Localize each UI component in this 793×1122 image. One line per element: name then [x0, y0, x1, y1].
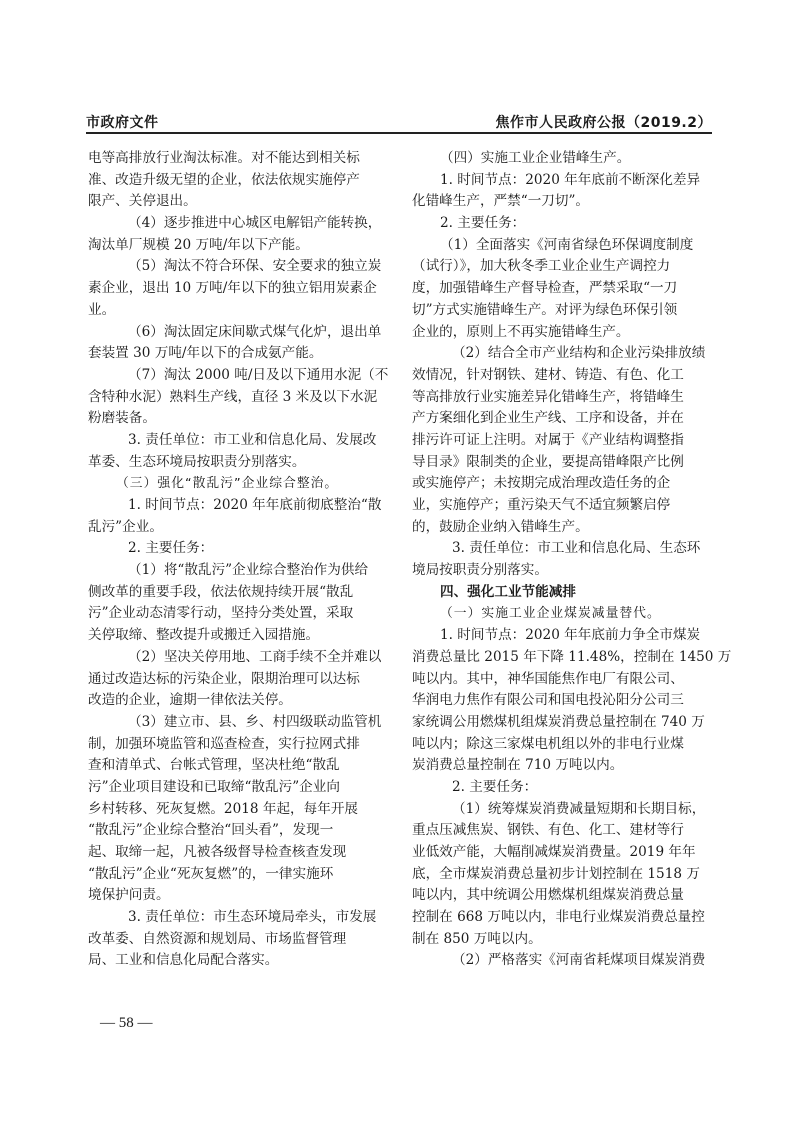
text-line: 1. 时间节点：2020 年年底前彻底整治“散	[88, 495, 394, 517]
right-column: （四）实施工业企业错峰生产。1. 时间节点：2020 年年底前不断深化差异化错峰…	[412, 148, 718, 972]
text-line: 业，实施停产；重污染天气不适宜频繁启停	[412, 495, 718, 517]
text-line: （1）将“散乱污”企业综合整治作为供给	[88, 560, 394, 582]
text-line: 吨以内，其中统调公用燃煤机组煤炭消费总量	[412, 885, 718, 907]
left-column: 电等高排放行业淘汰标准。对不能达到相关标准、改造升级无望的企业，依法依规实施停产…	[88, 148, 394, 972]
text-line: （6）淘汰固定床间歇式煤气化炉，退出单	[88, 322, 394, 344]
section-heading: 四、强化工业节能减排	[412, 582, 718, 604]
text-line: 2. 主要任务：	[412, 777, 718, 799]
text-line: 含特种水泥）熟料生产线，直径 3 米及以下水泥	[88, 387, 394, 409]
text-line: 境局按职责分别落实。	[412, 560, 718, 582]
text-line: （2）严格落实《河南省耗煤项目煤炭消费	[412, 950, 718, 972]
text-line: （2）结合全市产业结构和企业污染排放绩	[412, 343, 718, 365]
text-line: 业。	[88, 300, 394, 322]
text-line: 限产、关停退出。	[88, 191, 394, 213]
text-line: 度，加强错峰生产督导检查，严禁采取“一刀	[412, 278, 718, 300]
running-header: 市政府文件 焦作市人民政府公报（2019.2）	[86, 112, 712, 132]
text-line: 改造的企业，逾期一律依法关停。	[88, 690, 394, 712]
text-line: 改革委、自然资源和规划局、市场监督管理	[88, 929, 394, 951]
text-line: 业低效产能，大幅削减煤炭消费量。2019 年年	[412, 842, 718, 864]
text-line: 华润电力焦作有限公司和国电投沁阳分公司三	[412, 690, 718, 712]
text-line: 的，鼓励企业纳入错峰生产。	[412, 517, 718, 539]
text-line: 套装置 30 万吨/年以下的合成氨产能。	[88, 343, 394, 365]
text-line: 1. 时间节点：2020 年年底前力争全市煤炭	[412, 625, 718, 647]
text-line: 吨以内。其中，神华国能焦作电厂有限公司、	[412, 669, 718, 691]
text-line: 革委、生态环境局按职责分别落实。	[88, 452, 394, 474]
text-line: 底，全市煤炭消费总量初步计划控制在 1518 万	[412, 864, 718, 886]
text-line: 准、改造升级无望的企业，依法依规实施停产	[88, 170, 394, 192]
text-line: 污”企业动态清零行动，坚持分类处置，采取	[88, 603, 394, 625]
text-line: 排污许可证上注明。对属于《产业结构调整指	[412, 430, 718, 452]
text-line: （2）坚决关停用地、工商手续不全并难以	[88, 647, 394, 669]
text-line: （7）淘汰 2000 吨/日及以下通用水泥（不	[88, 365, 394, 387]
header-publication-title: 焦作市人民政府公报（2019.2）	[495, 112, 712, 132]
text-line: 消费总量比 2015 年下降 11.48%，控制在 1450 万	[412, 647, 718, 669]
text-line: （试行）》，加大秋冬季工业企业生产调控力	[412, 256, 718, 278]
text-line: 通过改造达标的污染企业，限期治理可以达标	[88, 669, 394, 691]
text-line: 家统调公用燃煤机组煤炭消费总量控制在 740 万	[412, 712, 718, 734]
text-line: 局、工业和信息化局配合落实。	[88, 950, 394, 972]
text-line: 吨以内；除这三家煤电机组以外的非电行业煤	[412, 734, 718, 756]
text-line: 境保护问责。	[88, 885, 394, 907]
text-line: “散乱污”企业“死灰复燃”的，一律实施环	[88, 864, 394, 886]
text-line: （1）统筹煤炭消费减量短期和长期目标，	[412, 799, 718, 821]
text-line: 淘汰单厂规模 20 万吨/年以下产能。	[88, 235, 394, 257]
text-line: 2. 主要任务：	[412, 213, 718, 235]
text-line: 3. 责任单位：市工业和信息化局、发展改	[88, 430, 394, 452]
text-line: 炭消费总量控制在 710 万吨以内。	[412, 755, 718, 777]
text-line: （三）强化“散乱污”企业综合整治。	[88, 473, 394, 495]
text-line: 3. 责任单位：市生态环境局牵头，市发展	[88, 907, 394, 929]
text-line: 导目录》限制类的企业，要提高错峰限产比例	[412, 452, 718, 474]
text-line: 等高排放行业实施差异化错峰生产，将错峰生	[412, 387, 718, 409]
text-line: 起、取缔一起，凡被各级督导检查核查发现	[88, 842, 394, 864]
text-line: （一）实施工业企业煤炭减量替代。	[412, 603, 718, 625]
text-line: 电等高排放行业淘汰标准。对不能达到相关标	[88, 148, 394, 170]
text-line: 侧改革的重要手段，依法依规持续开展“散乱	[88, 582, 394, 604]
text-line: 查和清单式、台帐式管理，坚决杜绝“散乱	[88, 755, 394, 777]
text-line: 产方案细化到企业生产线、工序和设备，并在	[412, 408, 718, 430]
text-line: 污”企业项目建设和已取缔“散乱污”企业向	[88, 777, 394, 799]
text-line: 2. 主要任务：	[88, 538, 394, 560]
text-line: 控制在 668 万吨以内，非电行业煤炭消费总量控	[412, 907, 718, 929]
text-line: （5）淘汰不符合环保、安全要求的独立炭	[88, 256, 394, 278]
text-line: 1. 时间节点：2020 年年底前不断深化差异	[412, 170, 718, 192]
text-line: 效情况，针对钢铁、建材、铸造、有色、化工	[412, 365, 718, 387]
text-line: 制在 850 万吨以内。	[412, 929, 718, 951]
page-number: — 58 —	[100, 1015, 153, 1032]
text-line: 关停取缔、整改提升或搬迁入园措施。	[88, 625, 394, 647]
text-line: 切”方式实施错峰生产。对评为绿色环保引领	[412, 300, 718, 322]
text-line: 企业的，原则上不再实施错峰生产。	[412, 322, 718, 344]
text-line: “散乱污”企业综合整治“回头看”，发现一	[88, 820, 394, 842]
header-section-label: 市政府文件	[86, 112, 159, 132]
text-line: 3. 责任单位：市工业和信息化局、生态环	[412, 538, 718, 560]
text-line: 或实施停产；未按期完成治理改造任务的企	[412, 473, 718, 495]
text-line: 化错峰生产，严禁“一刀切”。	[412, 191, 718, 213]
text-line: （四）实施工业企业错峰生产。	[412, 148, 718, 170]
header-rule	[86, 132, 712, 134]
text-line: 素企业，退出 10 万吨/年以下的独立铝用炭素企	[88, 278, 394, 300]
text-line: （3）建立市、县、乡、村四级联动监管机	[88, 712, 394, 734]
text-line: 粉磨装备。	[88, 408, 394, 430]
text-line: 制，加强环境监管和巡查检查，实行拉网式排	[88, 734, 394, 756]
text-line: 乡村转移、死灰复燃。2018 年起，每年开展	[88, 799, 394, 821]
text-line: 乱污”企业。	[88, 517, 394, 539]
text-line: 重点压减焦炭、钢铁、有色、化工、建材等行	[412, 820, 718, 842]
text-line: （1）全面落实《河南省绿色环保调度制度	[412, 235, 718, 257]
text-line: （4）逐步推进中心城区电解铝产能转换，	[88, 213, 394, 235]
